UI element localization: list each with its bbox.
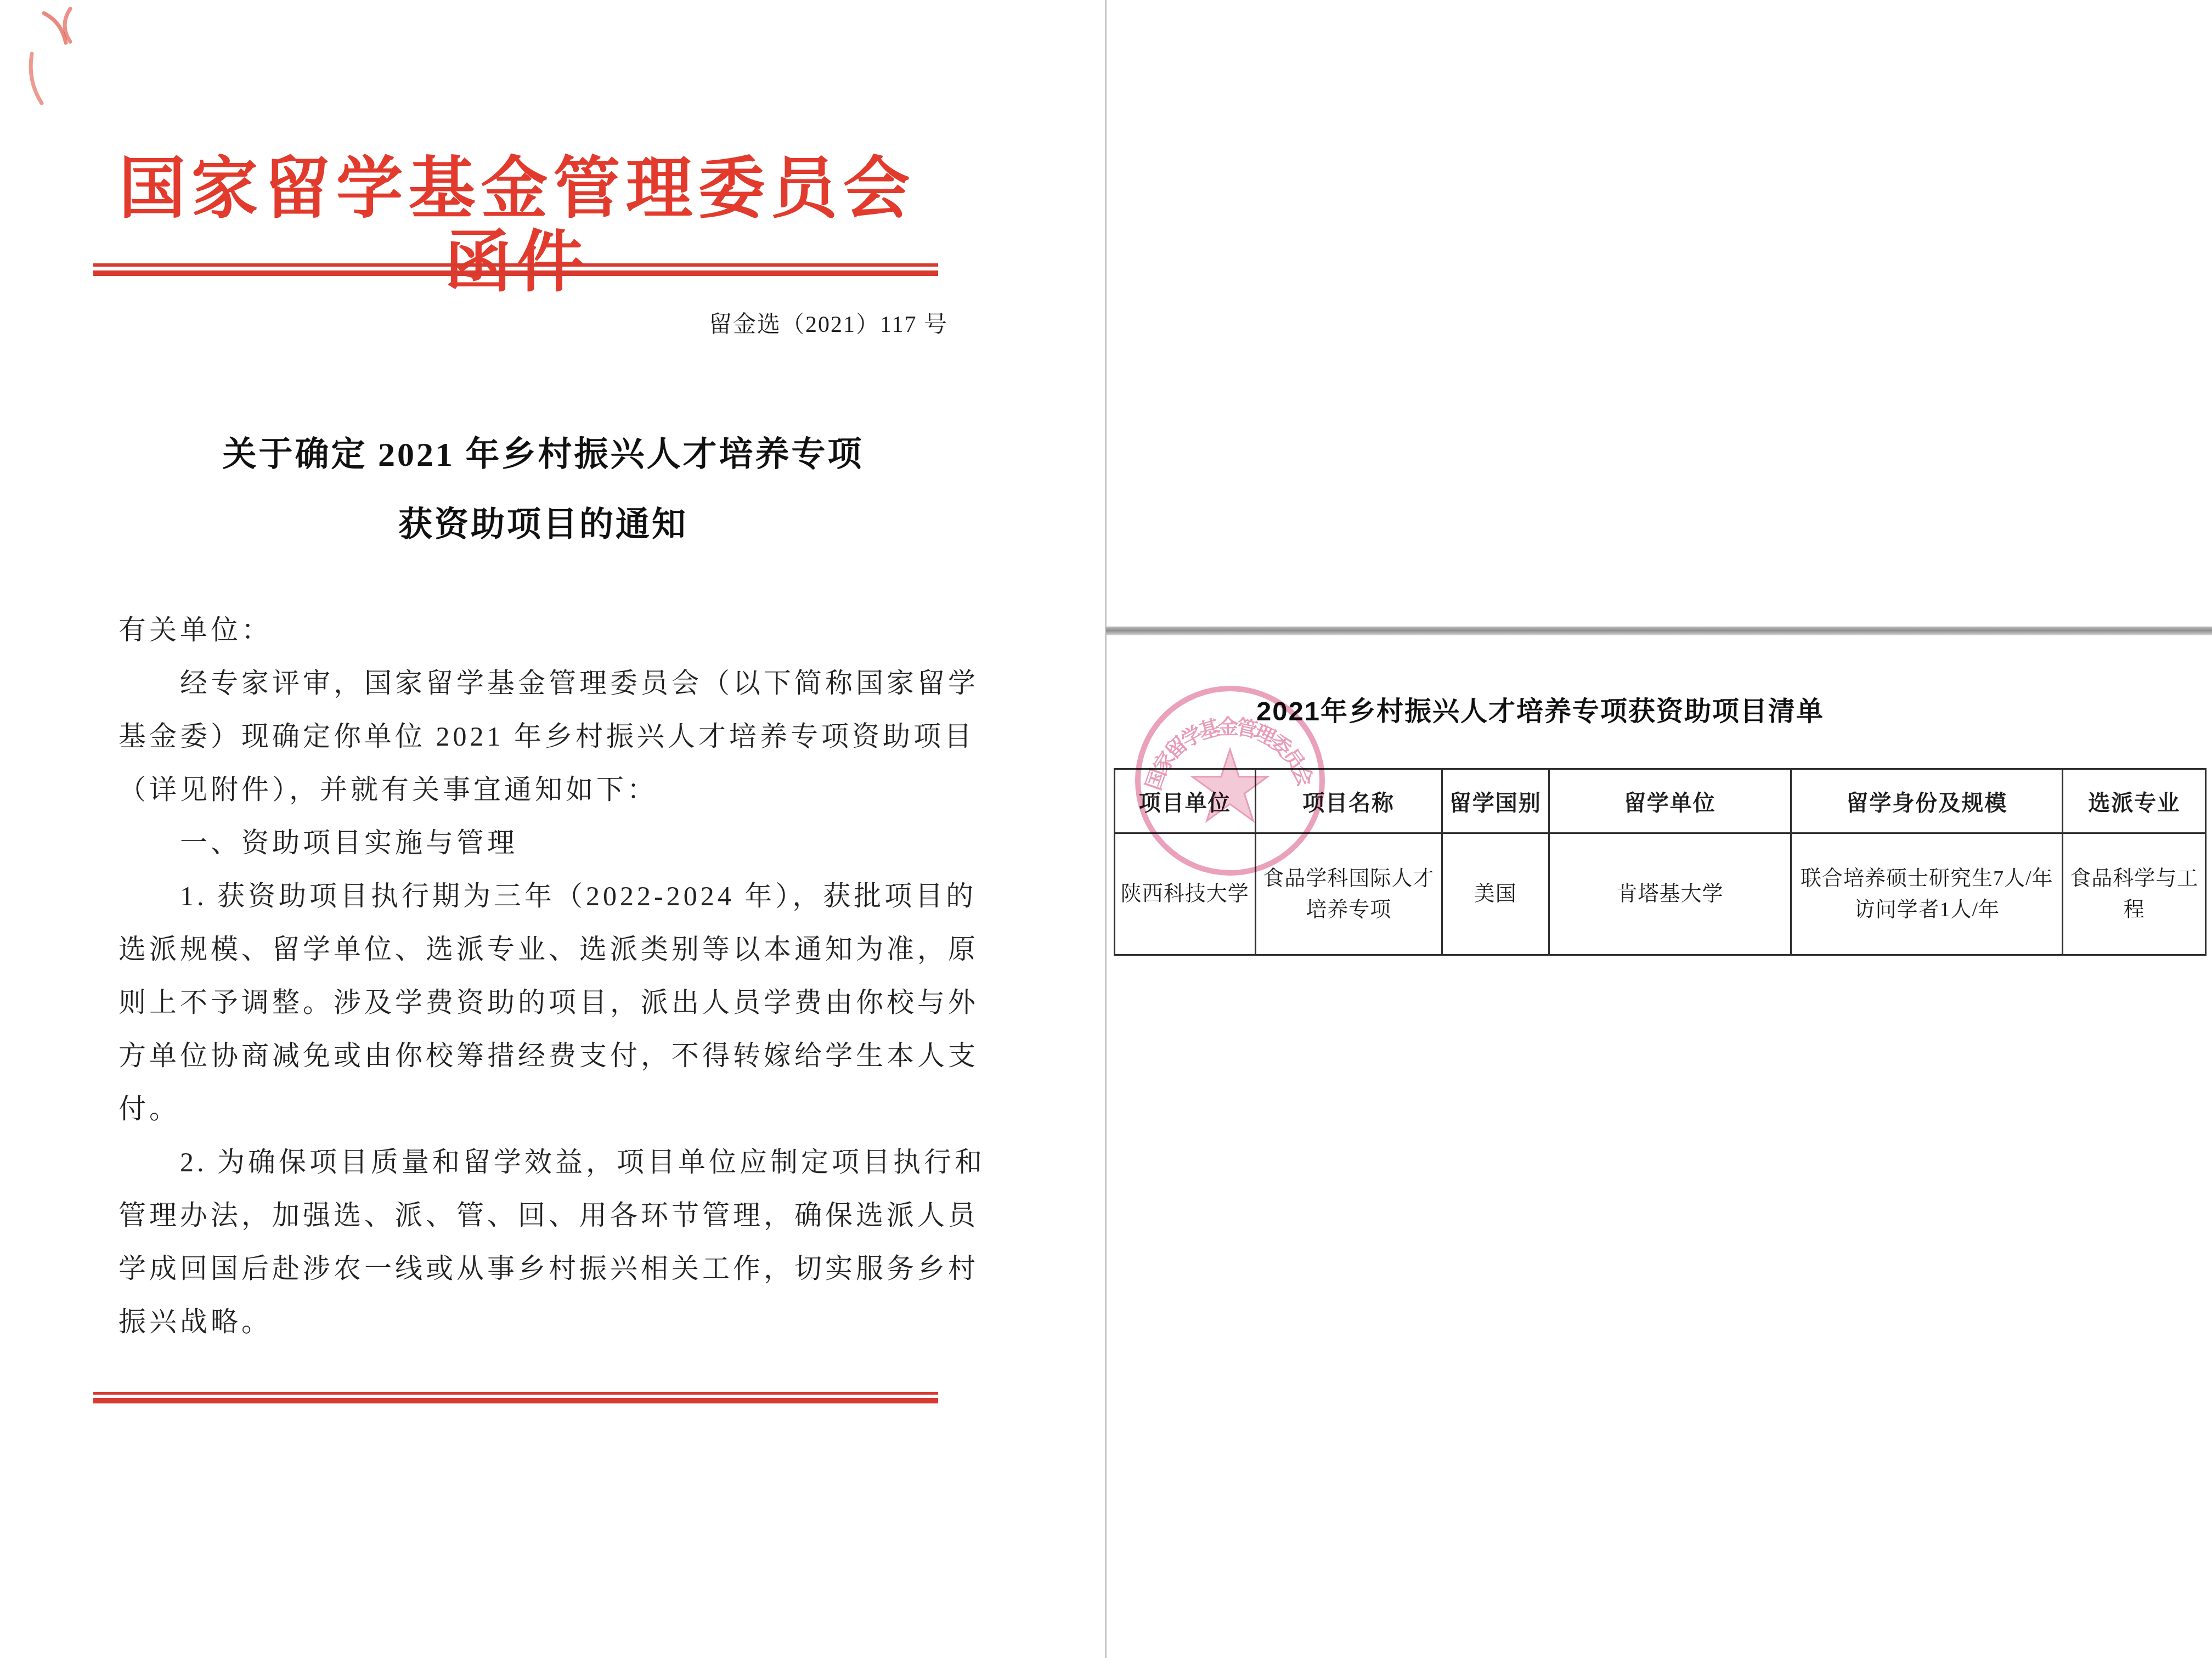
body-line: 2. 为确保项目质量和留学效益，项目单位应制定项目执行和 xyxy=(119,1136,994,1189)
column-header: 留学单位 xyxy=(1549,769,1791,833)
body-line: 振兴战略。 xyxy=(119,1295,994,1349)
body-line: 管理办法，加强选、派、管、回、用各环节管理，确保选派人员 xyxy=(119,1189,994,1242)
attachment-title: 2021年乡村振兴人才培养专项获资助项目清单 xyxy=(1256,690,1860,729)
body-line: 有关单位： xyxy=(119,604,994,657)
letter-page: 国家留学基金管理委员会函件 留金选（2021）117 号 关于确定 2021 年… xyxy=(0,0,1106,1658)
column-header: 留学身份及规模 xyxy=(1791,769,2063,833)
footer-rule-thin xyxy=(93,1392,938,1395)
column-header: 留学国别 xyxy=(1442,769,1549,833)
body-line: 学成回国后赴涉农一线或从事乡村振兴相关工作，切实服务乡村 xyxy=(119,1242,994,1295)
notice-title-line1: 关于确定 2021 年乡村振兴人才培养专项 xyxy=(93,427,993,476)
body-line: 经专家评审，国家留学基金管理委员会（以下简称国家留学 xyxy=(119,657,994,710)
body-line: 则上不予调整。涉及学费资助的项目，派出人员学费由你校与外 xyxy=(119,976,994,1029)
body-line: 一、资助项目实施与管理 xyxy=(119,816,994,870)
body-text: 有关单位：经专家评审，国家留学基金管理委员会（以下简称国家留学基金委）现确定你单… xyxy=(119,604,994,1349)
scan-edge-band xyxy=(1106,627,2212,635)
star-icon xyxy=(1193,749,1268,821)
table-cell: 肯塔基大学 xyxy=(1549,833,1791,955)
table-cell: 美国 xyxy=(1442,833,1549,955)
footer-rule-thick xyxy=(93,1398,938,1403)
body-line: （详见附件），并就有关事宜通知如下： xyxy=(119,763,994,816)
body-line: 付。 xyxy=(119,1082,994,1136)
document-number: 留金选（2021）117 号 xyxy=(93,306,948,339)
body-line: 选派规模、留学单位、选派专业、选派类别等以本通知为准，原 xyxy=(119,923,994,976)
table-cell: 联合培养硕士研究生7人/年 访问学者1人/年 xyxy=(1791,833,2063,955)
scanned-document: 国家留学基金管理委员会函件 留金选（2021）117 号 关于确定 2021 年… xyxy=(0,0,2212,1658)
body-line: 基金委）现确定你单位 2021 年乡村振兴人才培养专项资助项目 xyxy=(119,710,994,763)
official-seal-stamp: 国家留学基金管理委员会 xyxy=(1126,674,1334,882)
header-rule-thin xyxy=(93,263,938,267)
column-header: 选派专业 xyxy=(2063,769,2206,833)
masthead-title: 国家留学基金管理委员会函件 xyxy=(93,153,941,300)
header-rule-thick xyxy=(93,270,938,276)
notice-title-line2: 获资助项目的通知 xyxy=(93,497,993,546)
body-line: 方单位协商减免或由你校筹措经费支付，不得转嫁给学生本人支 xyxy=(119,1029,994,1082)
body-line: 1. 获资助项目执行期为三年（2022-2024 年），获批项目的 xyxy=(119,870,994,923)
red-pen-marks xyxy=(15,1,158,133)
table-cell: 食品科学与工程 xyxy=(2063,833,2206,955)
